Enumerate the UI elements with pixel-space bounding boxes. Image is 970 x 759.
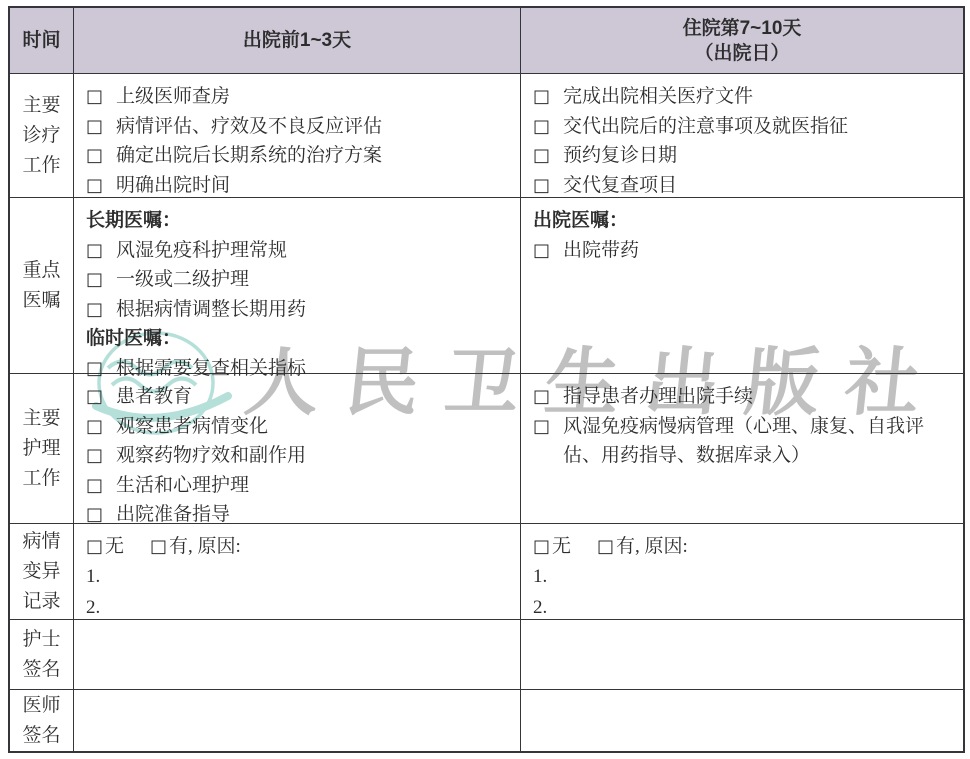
diagnosis-discharge-day-cell: □完成出院相关医疗文件 □交代出院后的注意事项及就医指征 □预约复诊日期 □交代… <box>521 74 963 198</box>
checkbox-icon: □ <box>533 532 550 562</box>
variation-reason-line-2: 2. <box>86 593 508 624</box>
checkbox-icon: □ <box>86 382 107 412</box>
checkbox-icon: □ <box>86 171 107 201</box>
checklist-item: □病情评估、疗效及不良反应评估 <box>86 112 508 142</box>
checkbox-icon: □ <box>86 441 107 471</box>
checkbox-icon: □ <box>86 236 107 266</box>
checklist-item: □交代复查项目 <box>533 171 951 201</box>
header-time-label: 时间 <box>22 28 60 53</box>
checkbox-icon: □ <box>86 471 107 501</box>
checkbox-icon: □ <box>533 141 554 171</box>
row-label-diagnosis: 主要 诊疗 工作 <box>10 74 74 198</box>
checklist-item: □预约复诊日期 <box>533 141 951 171</box>
orders-before-discharge-cell: 长期医嘱： □风湿免疫科护理常规 □一级或二级护理 □根据病情调整长期用药 临时… <box>74 198 521 374</box>
checklist-item: □交代出院后的注意事项及就医指征 <box>533 112 951 142</box>
temporary-orders-heading: 临时医嘱： <box>86 324 508 354</box>
checklist-item: □明确出院时间 <box>86 171 508 201</box>
variation-reason-line-1: 1. <box>86 562 508 593</box>
checkbox-icon: □ <box>597 532 614 562</box>
variation-none-label: 无 <box>552 532 571 562</box>
checklist-item: □一级或二级护理 <box>86 265 508 295</box>
header-col2-line2: （出院日） <box>694 41 789 66</box>
checklist-item: □完成出院相关医疗文件 <box>533 82 951 112</box>
doctor-signature-discharge-day-cell <box>521 690 963 751</box>
row-label-nurse-signature: 护士 签名 <box>10 620 74 690</box>
checklist-item: □风湿免疫病慢病管理（心理、康复、自我评估、用药指导、数据库录入） <box>533 412 951 471</box>
checklist-item: □上级医师查房 <box>86 82 508 112</box>
checklist-item: □观察患者病情变化 <box>86 412 508 442</box>
long-term-orders-heading: 长期医嘱： <box>86 206 508 236</box>
checklist-item: □根据病情调整长期用药 <box>86 295 508 325</box>
checkbox-icon: □ <box>86 112 107 142</box>
checkbox-icon: □ <box>86 82 107 112</box>
nurse-signature-before-discharge-cell <box>74 620 521 690</box>
nurse-signature-discharge-day-cell <box>521 620 963 690</box>
variation-choice-line: □无 □有, 原因: <box>533 532 951 562</box>
variation-yes-label: 有, 原因: <box>169 532 241 562</box>
variation-before-discharge-cell: □无 □有, 原因: 1. 2. <box>74 524 521 620</box>
checklist-item: □确定出院后长期系统的治疗方案 <box>86 141 508 171</box>
checkbox-icon: □ <box>86 265 107 295</box>
checkbox-icon: □ <box>533 412 554 442</box>
doctor-signature-before-discharge-cell <box>74 690 521 751</box>
header-time: 时间 <box>10 8 74 74</box>
variation-discharge-day-cell: □无 □有, 原因: 1. 2. <box>521 524 963 620</box>
checkbox-icon: □ <box>533 382 554 412</box>
checklist-item: □生活和心理护理 <box>86 471 508 501</box>
checkbox-icon: □ <box>533 171 554 201</box>
row-label-variation: 病情 变异 记录 <box>10 524 74 620</box>
checklist-item: □观察药物疗效和副作用 <box>86 441 508 471</box>
nursing-discharge-day-cell: □指导患者办理出院手续 □风湿免疫病慢病管理（心理、康复、自我评估、用药指导、数… <box>521 374 963 524</box>
variation-none-label: 无 <box>105 532 124 562</box>
checklist-item: □风湿免疫科护理常规 <box>86 236 508 266</box>
discharge-orders-heading: 出院医嘱： <box>533 206 951 236</box>
checkbox-icon: □ <box>86 141 107 171</box>
row-label-orders: 重点 医嘱 <box>10 198 74 374</box>
header-col-before-discharge: 出院前1~3天 <box>74 8 521 74</box>
variation-reason-line-1: 1. <box>533 562 951 593</box>
row-label-doctor-signature: 医师 签名 <box>10 690 74 751</box>
checklist-item: □患者教育 <box>86 382 508 412</box>
checklist-item: □指导患者办理出院手续 <box>533 382 951 412</box>
orders-discharge-day-cell: 出院医嘱： □出院带药 <box>521 198 963 374</box>
clinical-pathway-table: 时间 出院前1~3天 住院第7~10天 （出院日） 主要 诊疗 工作 □上级医师… <box>8 6 965 753</box>
nursing-before-discharge-cell: □患者教育 □观察患者病情变化 □观察药物疗效和副作用 □生活和心理护理 □出院… <box>74 374 521 524</box>
checkbox-icon: □ <box>86 412 107 442</box>
checkbox-icon: □ <box>533 112 554 142</box>
header-col2-line1: 住院第7~10天 <box>683 16 802 41</box>
variation-reason-line-2: 2. <box>533 593 951 624</box>
header-col-discharge-day: 住院第7~10天 （出院日） <box>521 8 963 74</box>
checkbox-icon: □ <box>533 236 554 266</box>
checkbox-icon: □ <box>150 532 167 562</box>
diagnosis-before-discharge-cell: □上级医师查房 □病情评估、疗效及不良反应评估 □确定出院后长期系统的治疗方案 … <box>74 74 521 198</box>
checkbox-icon: □ <box>533 82 554 112</box>
header-col1-label: 出院前1~3天 <box>243 28 351 53</box>
variation-choice-line: □无 □有, 原因: <box>86 532 508 562</box>
variation-yes-label: 有, 原因: <box>616 532 688 562</box>
checkbox-icon: □ <box>86 532 103 562</box>
checkbox-icon: □ <box>86 295 107 325</box>
checklist-item: □出院带药 <box>533 236 951 266</box>
row-label-nursing: 主要 护理 工作 <box>10 374 74 524</box>
